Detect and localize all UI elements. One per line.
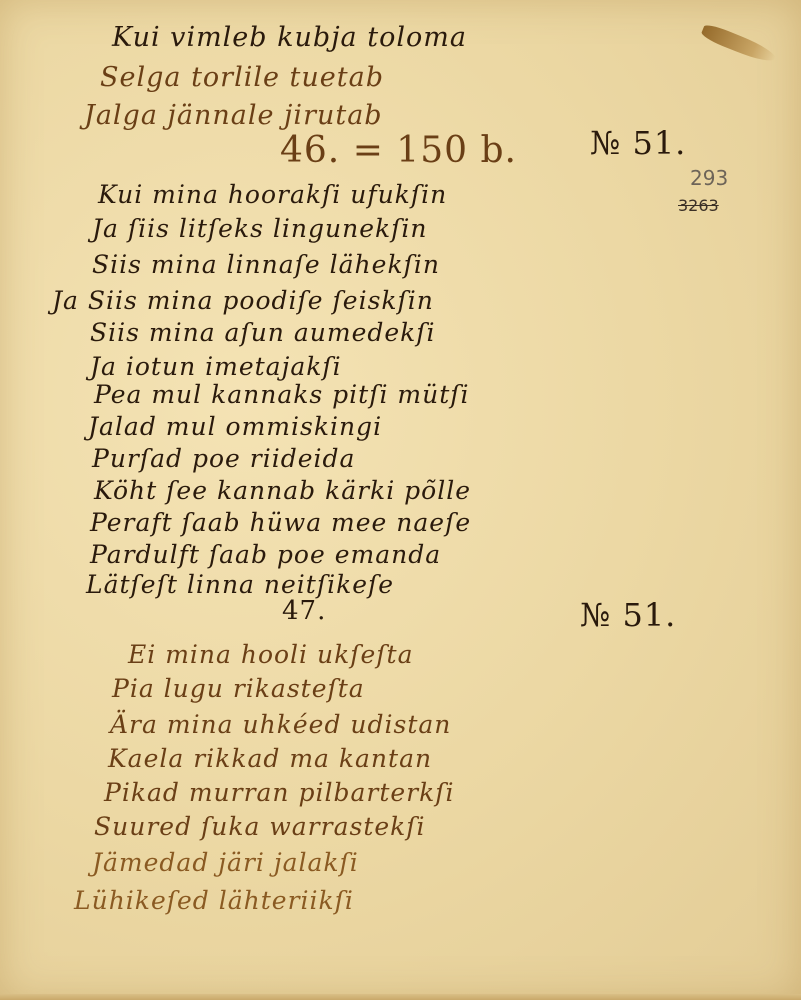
verse-line: Siis mina aſun aumedekſi bbox=[90, 318, 436, 347]
verse-line: Pardulft ſaab poe emanda bbox=[90, 540, 441, 569]
verse-line: Siis mina linnaſe lähekſin bbox=[92, 250, 440, 279]
verse-line: Lätſeſt linna neitſikeſe bbox=[86, 570, 394, 599]
verse-line: Purſad poe riideida bbox=[92, 444, 355, 473]
paper-edge bbox=[0, 994, 801, 1000]
archive-number-struck: 3263 bbox=[678, 196, 719, 215]
verse-line: Ja Siis mina poodiſe ſeiskſin bbox=[52, 286, 434, 315]
fragment-line: Kui vimleb kubja toloma bbox=[112, 22, 467, 53]
verse-line: Kui mina hoorakſi ufukſin bbox=[98, 180, 447, 209]
verse-line: Jämedad järi jalakſi bbox=[92, 848, 359, 877]
verse-line: Ei mina hooli ukſeſta bbox=[128, 640, 414, 669]
song-number-label: № 51. bbox=[580, 596, 676, 634]
fragment-line: Selga torlile tuetab bbox=[100, 62, 384, 93]
verse-line: Jalad mul ommiskingi bbox=[88, 412, 382, 441]
verse-line: Ära mina uhkéed udistan bbox=[110, 710, 451, 739]
verse-line: Pea mul kannaks pitſi mütſi bbox=[94, 380, 470, 409]
song-number-label: № 51. bbox=[590, 124, 686, 162]
verse-line: Pia lugu rikasteſta bbox=[112, 674, 365, 703]
verse-line: Kaela rikkad ma kantan bbox=[108, 744, 432, 773]
verse-line: Köht ſee kannab kärki põlle bbox=[94, 476, 471, 505]
verse-line: Pikad murran pilbarterkſi bbox=[104, 778, 455, 807]
song-heading: 47. bbox=[282, 596, 326, 626]
manuscript-page: Kui vimleb kubja toloma Selga torlile tu… bbox=[0, 0, 801, 1000]
verse-line: Ja ſiis litſeks lingunekſin bbox=[92, 214, 428, 243]
verse-line: Peraft ſaab hüwa mee naeſe bbox=[90, 508, 471, 537]
archive-number: 293 bbox=[690, 166, 728, 190]
song-heading: 46. = 150 b. bbox=[280, 130, 517, 171]
verse-line: Suured ſuka warrastekſi bbox=[94, 812, 426, 841]
verse-line: Lühikeſed lähteriikſi bbox=[74, 886, 354, 915]
fragment-line: Jalga jännale jirutab bbox=[84, 100, 383, 131]
verse-line: Ja iotun imetajakſi bbox=[90, 352, 342, 381]
ink-smear bbox=[700, 22, 778, 66]
